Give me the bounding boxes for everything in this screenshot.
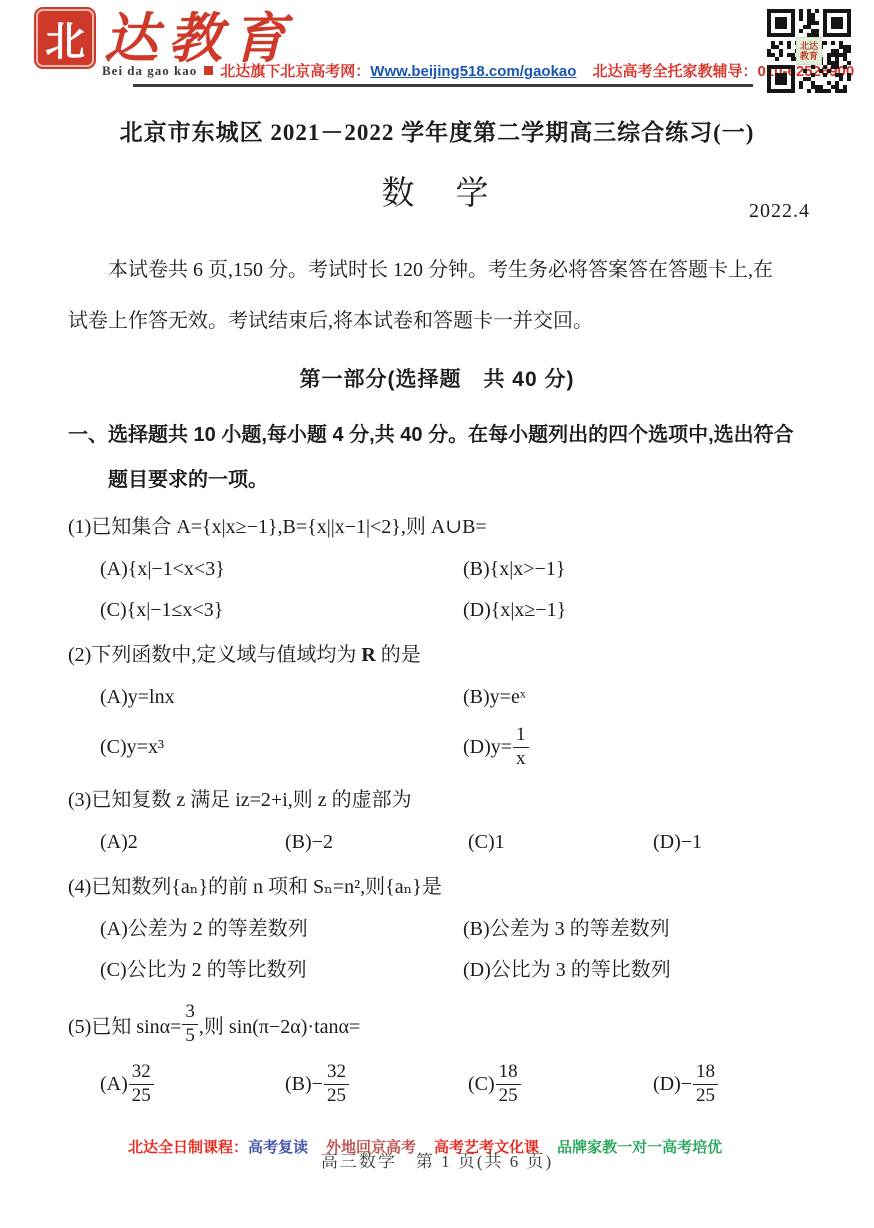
fraction: 1825 <box>693 1061 718 1108</box>
option: (A){x|−1<x<3} <box>100 549 463 590</box>
option: (D)公比为 3 的等比数列 <box>463 950 806 991</box>
subject-title: 数 学 <box>68 167 806 214</box>
section-intro-line1: 一、选择题共 10 小题,每小题 4 分,共 40 分。在每小题列出的四个选项中… <box>68 413 806 458</box>
fraction-denominator: 5 <box>182 1025 198 1048</box>
option: (C)公比为 2 的等比数列 <box>100 950 463 991</box>
option: (B)−3225 <box>285 1055 468 1113</box>
header: 北 达教育 Bei da gao kao 北达旗下北京高考网：Www.beiji… <box>0 0 874 100</box>
tagline-suffix: 北达高考全托家教辅导： <box>592 63 757 80</box>
option: (B){x|x>−1} <box>463 549 806 590</box>
option: (C)y=x³ <box>100 718 463 776</box>
beida-logo-seal-icon: 北 <box>36 9 94 67</box>
gaokao-site-link[interactable]: Www.beijing518.com/gaokao <box>370 63 576 80</box>
question-2: (2)下列函数中,定义域与值域均为 R 的是 (A)y=lnx (B)y=eˣ … <box>68 633 806 776</box>
option-sign: − <box>681 1064 692 1105</box>
instructions-line1: 本试卷共 6 页,150 分。考试时长 120 分钟。考生务必将答案答在答题卡上… <box>68 245 806 296</box>
instructions-line2: 试卷上作答无效。考试结束后,将本试卷和答题卡一并交回。 <box>68 296 806 347</box>
fraction-denominator: 25 <box>324 1085 349 1108</box>
options: (A)3225 (B)−3225 (C)1825 (D)−1825 <box>68 1055 806 1113</box>
fraction-numerator: 32 <box>129 1061 154 1085</box>
brand-pinyin: Bei da gao kao <box>102 63 197 79</box>
fraction: 3225 <box>324 1061 349 1108</box>
qr-center-text1: 北达 <box>800 41 818 51</box>
exam-paper-page: 北 达教育 Bei da gao kao 北达旗下北京高考网：Www.beiji… <box>0 0 874 1228</box>
fraction-numerator: 18 <box>693 1061 718 1085</box>
question-stem: (4)已知数列{aₙ}的前 n 项和 Sₙ=n²,则{aₙ}是 <box>68 865 806 909</box>
fraction-numerator: 1 <box>513 724 529 748</box>
fraction-denominator: 25 <box>129 1085 154 1108</box>
options: (A)2 (B)−2 (C)1 (D)−1 <box>68 822 806 863</box>
exam-instructions: 本试卷共 6 页,150 分。考试时长 120 分钟。考生务必将答案答在答题卡上… <box>68 245 806 347</box>
stem-text: (5)已知 sinα= <box>68 1010 181 1039</box>
question-4: (4)已知数列{aₙ}的前 n 项和 Sₙ=n²,则{aₙ}是 (A)公差为 2… <box>68 865 806 991</box>
fraction: 35 <box>182 1001 198 1048</box>
option: (A)2 <box>100 822 285 863</box>
option: (D)−1825 <box>653 1055 806 1113</box>
options: (A)y=lnx (B)y=eˣ (C)y=x³ (D)y=1x <box>68 677 806 776</box>
tagline-prefix: 北达旗下北京高考网： <box>220 63 370 80</box>
part1-heading: 第一部分(选择题 共 40 分) <box>68 363 806 393</box>
stem-bold-R: R <box>361 644 375 666</box>
question-stem: (2)下列函数中,定义域与值域均为 R 的是 <box>68 633 806 677</box>
option: (D){x|x≥−1} <box>463 590 806 631</box>
option-pre: y= <box>491 727 512 768</box>
options: (A)公差为 2 的等差数列 (B)公差为 3 的等差数列 (C)公比为 2 的… <box>68 909 806 991</box>
question-stem: (1)已知集合 A={x|x≥−1},B={x||x−1|<2},则 A∪B= <box>68 505 806 549</box>
option: (D)y=1x <box>463 718 806 776</box>
question-3: (3)已知复数 z 满足 iz=2+i,则 z 的虚部为 (A)2 (B)−2 … <box>68 778 806 863</box>
fraction-numerator: 18 <box>496 1061 521 1085</box>
options: (A){x|−1<x<3} (B){x|x>−1} (C){x|−1≤x<3} … <box>68 549 806 631</box>
option: (B)公差为 3 的等差数列 <box>463 909 806 950</box>
qr-center-logo: 北达 教育 <box>796 37 822 65</box>
square-bullet-icon <box>204 66 213 75</box>
exam-date: 2022.4 <box>749 200 810 223</box>
option: (D)−1 <box>653 822 806 863</box>
fraction-denominator: 25 <box>496 1085 521 1108</box>
question-1: (1)已知集合 A={x|x≥−1},B={x||x−1|<2},则 A∪B= … <box>68 505 806 631</box>
option-label: (B) <box>285 1064 312 1105</box>
option: (A)公差为 2 的等差数列 <box>100 909 463 950</box>
option: (A)y=lnx <box>100 677 463 718</box>
option: (A)3225 <box>100 1055 285 1113</box>
fraction: 1825 <box>496 1061 521 1108</box>
stem-text: (2)下列函数中,定义域与值域均为 <box>68 644 361 666</box>
stem-text: ,则 sin(π−2α)·tanα= <box>199 1010 360 1039</box>
brand-tagline-row: Bei da gao kao 北达旗下北京高考网：Www.beijing518.… <box>102 60 854 81</box>
stem-text: 的是 <box>376 644 421 666</box>
option: (C)1825 <box>468 1055 653 1113</box>
section-intro: 一、选择题共 10 小题,每小题 4 分,共 40 分。在每小题列出的四个选项中… <box>68 413 806 503</box>
fraction: 3225 <box>129 1061 154 1108</box>
option-label: (D) <box>653 1064 681 1105</box>
document-body: 北京市东城区 2021－2022 学年度第二学期高三综合练习(一) 数 学 20… <box>0 114 874 1113</box>
option: (C){x|−1≤x<3} <box>100 590 463 631</box>
question-list: (1)已知集合 A={x|x≥−1},B={x||x−1|<2},则 A∪B= … <box>68 505 806 1113</box>
seal-character: 北 <box>45 10 85 67</box>
option-label: (D) <box>463 727 491 768</box>
fraction: 1x <box>513 724 529 771</box>
fraction-numerator: 3 <box>182 1001 198 1025</box>
fraction-numerator: 32 <box>324 1061 349 1085</box>
option-sign: − <box>312 1064 323 1105</box>
page-number: 高三数学 第 1 页(共 6 页) <box>0 1147 874 1172</box>
qr-code: 北达 教育 <box>764 6 854 96</box>
subject-row: 数 学 2022.4 <box>68 167 806 221</box>
option-label: (C) <box>468 1064 495 1105</box>
question-stem: (5)已知 sinα=35,则 sin(π−2α)·tanα= <box>68 993 806 1055</box>
exam-title: 北京市东城区 2021－2022 学年度第二学期高三综合练习(一) <box>68 114 806 147</box>
option: (B)−2 <box>285 822 468 863</box>
fraction-denominator: x <box>513 748 529 771</box>
fraction-denominator: 25 <box>693 1085 718 1108</box>
option: (B)y=eˣ <box>463 677 806 718</box>
option-label: (A) <box>100 1064 128 1105</box>
qr-center-text2: 教育 <box>800 51 818 61</box>
question-5: (5)已知 sinα=35,则 sin(π−2α)·tanα= (A)3225 … <box>68 993 806 1113</box>
question-stem: (3)已知复数 z 满足 iz=2+i,则 z 的虚部为 <box>68 778 806 822</box>
section-intro-line2: 题目要求的一项。 <box>68 458 806 503</box>
header-divider <box>133 84 753 87</box>
option: (C)1 <box>468 822 653 863</box>
tagline: 北达旗下北京高考网：Www.beijing518.com/gaokao北达高考全… <box>220 60 854 81</box>
